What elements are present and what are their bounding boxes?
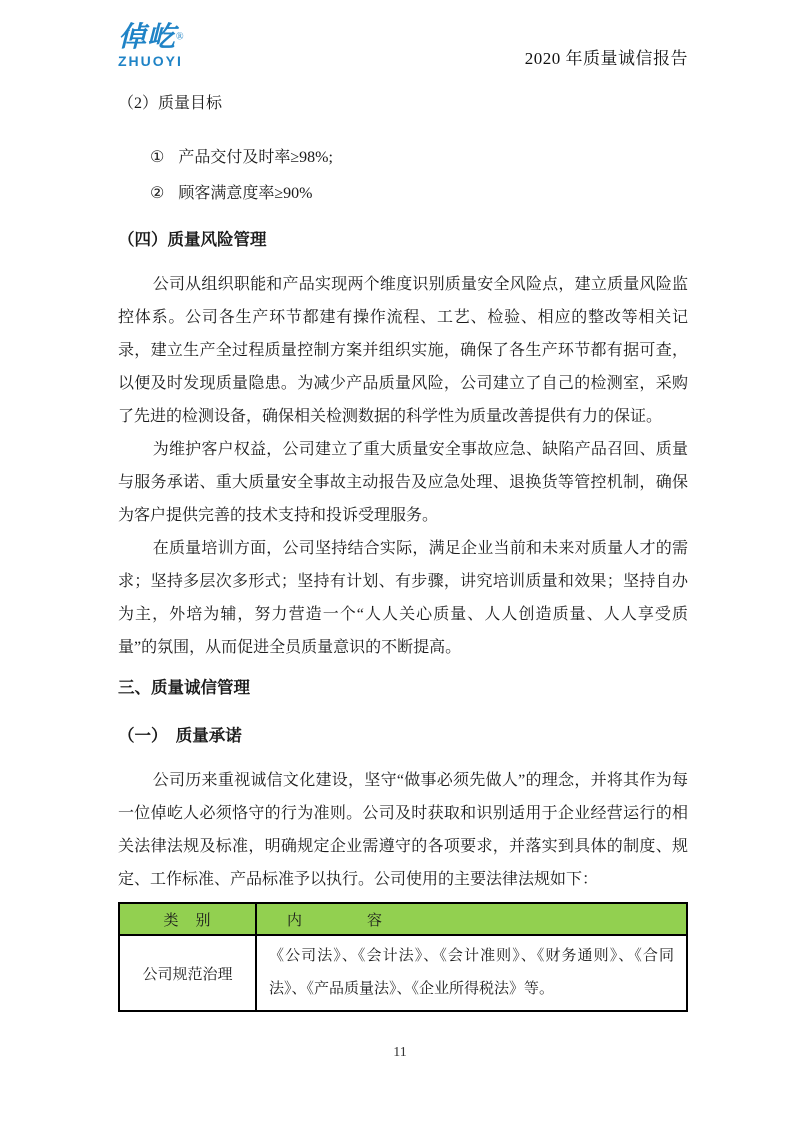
goal-text: 产品交付及时率≥98%;: [178, 149, 333, 166]
section-3-heading: 三、质量诚信管理: [118, 676, 688, 700]
list-item: ②顾客满意度率≥90%: [118, 176, 688, 212]
list-item: ①产品交付及时率≥98%;: [118, 140, 688, 176]
goal-text: 顾客满意度率≥90%: [178, 185, 312, 202]
table-header-category: 类 别: [119, 903, 256, 935]
page-content: 倬屹® ZHUOYI 2020 年质量诚信报告 （2）质量目标 ①产品交付及时率…: [118, 0, 688, 1012]
report-title: 2020 年质量诚信报告: [525, 44, 688, 69]
laws-table: 类 别 内 容 公司规范治理 《公司法》、《会计法》、《会计准则》、《财务通则》…: [118, 902, 688, 1012]
registered-trademark-icon: ®: [176, 32, 184, 43]
circled-number-icon: ②: [150, 185, 164, 202]
quality-goal-list: ①产品交付及时率≥98%; ②顾客满意度率≥90%: [118, 140, 688, 212]
table-cell-content: 《公司法》、《会计法》、《会计准则》、《财务通则》、《合同法》、《产品质量法》、…: [256, 935, 687, 1011]
paragraph-risk-2: 为维护客户权益，公司建立了重大质量安全事故应急、缺陷产品召回、质量与服务承诺、重…: [118, 433, 688, 532]
paragraph-risk-1: 公司从组织职能和产品实现两个维度识别质量安全风险点，建立质量风险监控体系。公司各…: [118, 268, 688, 433]
table-header-row: 类 别 内 容: [119, 903, 687, 935]
page-header: 倬屹® ZHUOYI 2020 年质量诚信报告: [118, 0, 688, 84]
circled-number-icon: ①: [150, 149, 164, 166]
risk-management-heading: （四）质量风险管理: [118, 228, 688, 252]
quality-promise-heading: （一） 质量承诺: [118, 724, 688, 748]
table-header-content: 内 容: [256, 903, 687, 935]
logo-latin-text: ZHUOYI: [118, 54, 184, 68]
table-cell-category: 公司规范治理: [119, 935, 256, 1011]
paragraph-promise: 公司历来重视诚信文化建设，坚守“做事必须先做人”的理念，并将其作为每一位倬屹人必…: [118, 764, 688, 896]
table-row: 公司规范治理 《公司法》、《会计法》、《会计准则》、《财务通则》、《合同法》、《…: [119, 935, 687, 1011]
page-number: 11: [0, 1045, 800, 1061]
paragraph-risk-3: 在质量培训方面，公司坚持结合实际，满足企业当前和未来对质量人才的需求；坚持多层次…: [118, 532, 688, 664]
document-page: 倬屹® ZHUOYI 2020 年质量诚信报告 （2）质量目标 ①产品交付及时率…: [0, 0, 800, 1131]
company-logo: 倬屹® ZHUOYI: [118, 24, 184, 68]
quality-goal-heading: （2）质量目标: [118, 93, 688, 115]
logo-chinese-text: 倬屹: [118, 22, 176, 53]
logo-chinese: 倬屹®: [118, 24, 184, 52]
